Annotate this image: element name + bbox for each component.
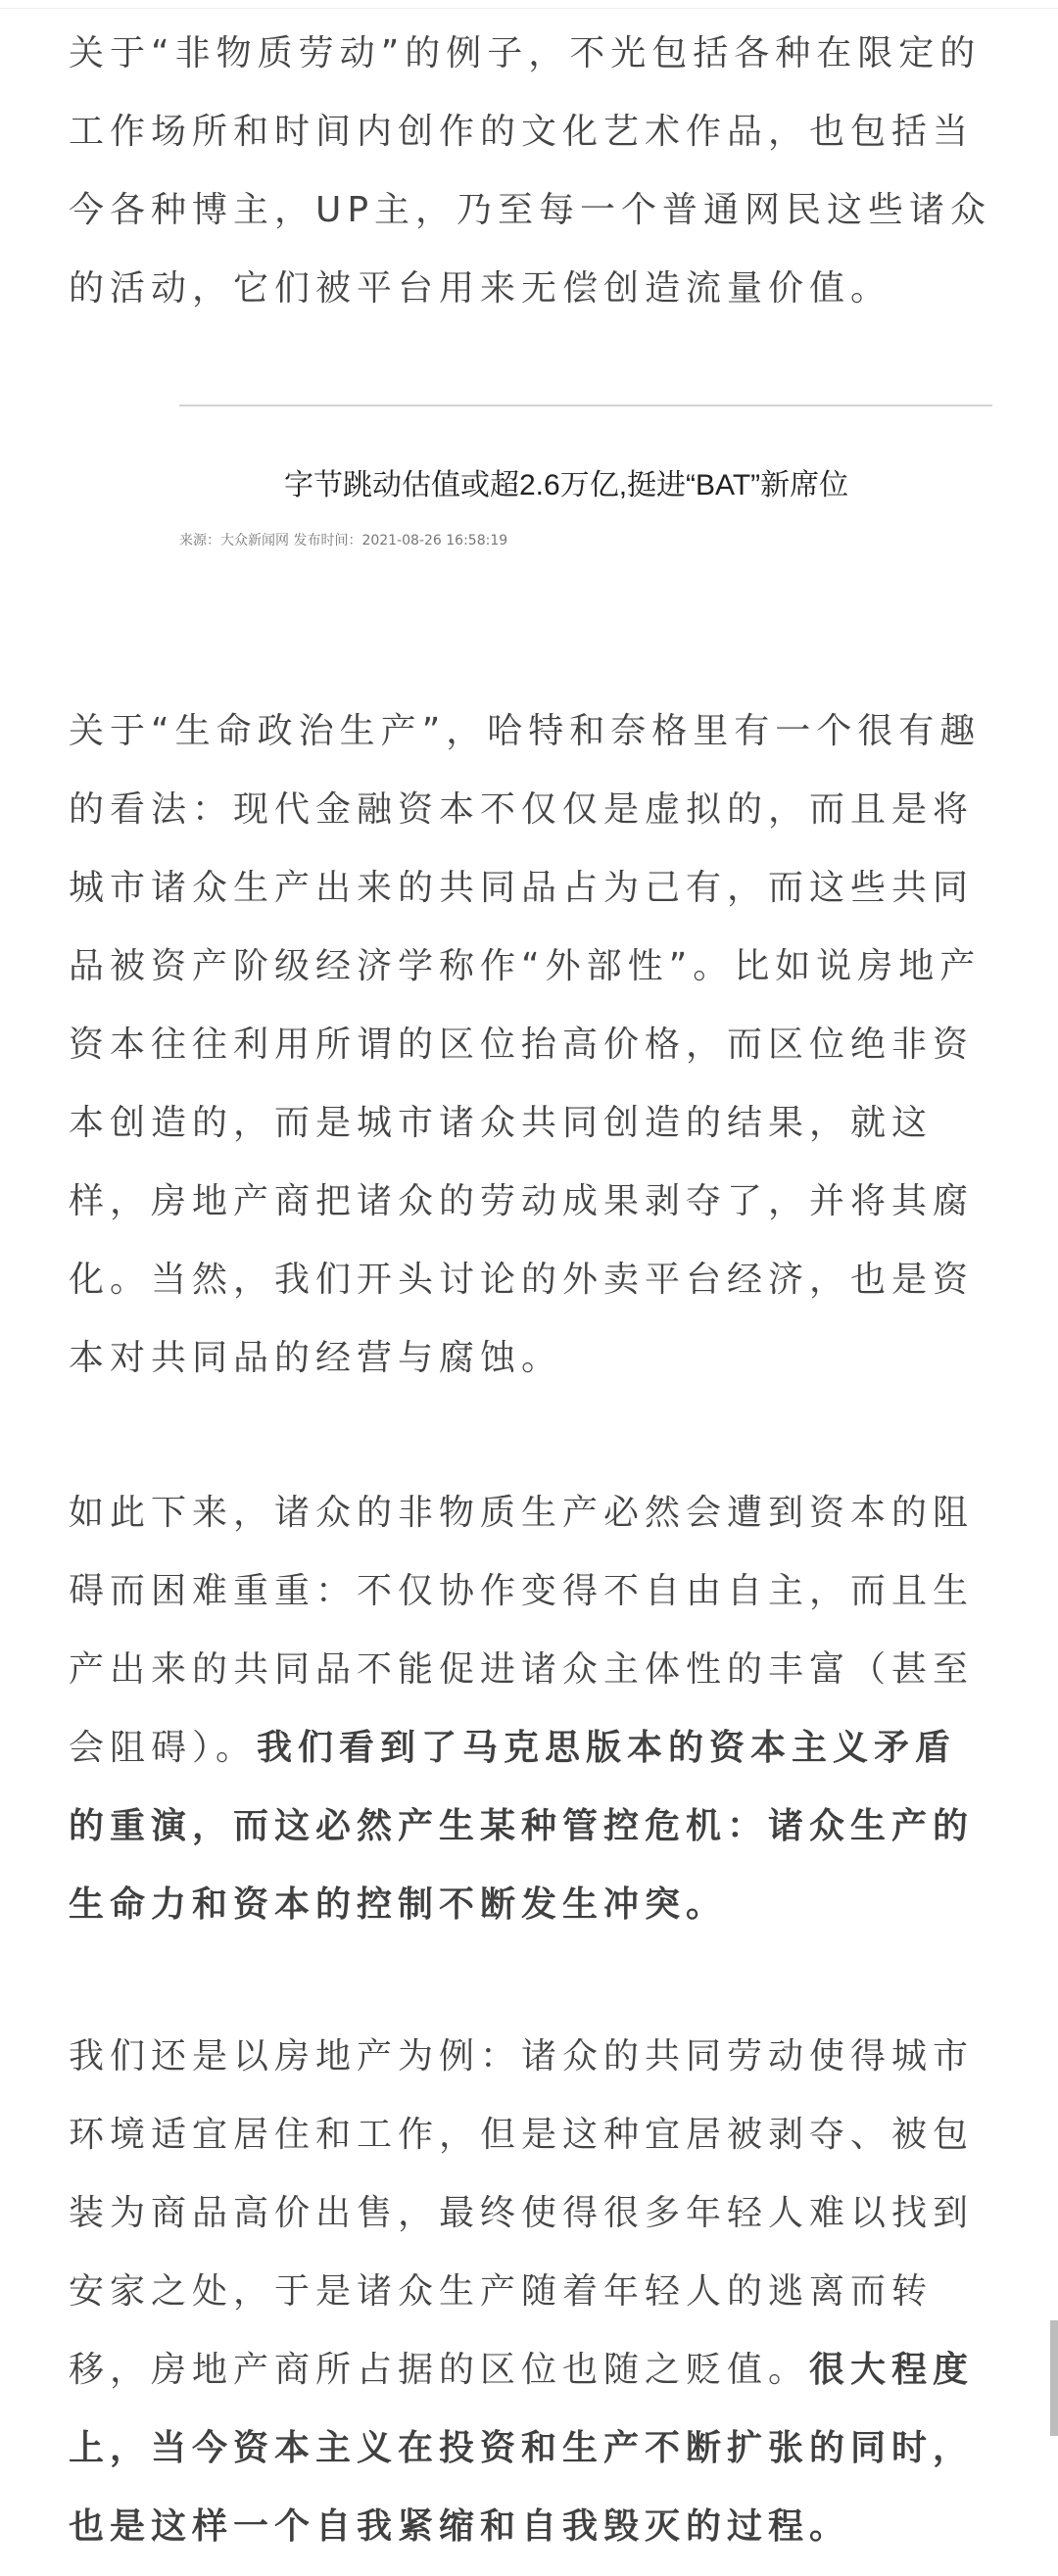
bold-text-segment: 生命力和资本的控制不断发生冲突。: [69, 1884, 727, 1925]
text-segment: 的活动，它们被平台用来无偿创造流量价值。: [69, 268, 891, 309]
text-segment: 工作场所和时间内创作的文化艺术作品，也包括当: [69, 112, 974, 152]
text-segment: 我们还是以房地产为例：诸众的共同劳动使得城市: [69, 2036, 974, 2076]
text-line: 本对共同品的经营与腐蚀。: [69, 1319, 994, 1398]
text-line: 化。当然，我们开头讨论的外卖平台经济，也是资: [69, 1241, 994, 1319]
text-line: 资本往往利用所谓的区位抬高价格，而区位绝非资: [69, 1006, 994, 1084]
text-line: 的活动，它们被平台用来无偿创造流量价值。: [69, 250, 994, 328]
text-segment: 环境适宜居住和工作，但是这种宜居被剥夺、被包: [69, 2115, 974, 2155]
text-segment: 产出来的共同品不能促进诸众主体性的丰富（甚至: [69, 1649, 974, 1690]
text-line: 如此下来，诸众的非物质生产必然会遭到资本的阻: [69, 1474, 994, 1552]
text-segment: 的看法：现代金融资本不仅仅是虚拟的，而且是将: [69, 789, 974, 830]
scrollbar-thumb[interactable]: [1050, 2320, 1058, 2436]
text-segment: 本对共同品的经营与腐蚀。: [69, 1338, 562, 1378]
bold-text-segment: 很大程度: [809, 2350, 974, 2390]
paragraph-1: 关于“非物质劳动”的例子，不光包括各种在限定的工作场所和时间内创作的文化艺术作品…: [69, 15, 994, 328]
text-segment: 品被资产阶级经济学称作“外部性”。比如说房地产: [69, 946, 981, 986]
bold-text-segment: 的重演，而这必然产生某种管控危机：诸众生产的: [69, 1806, 974, 1846]
text-segment: 城市诸众生产出来的共同品占为己有，而这些共同: [69, 868, 974, 908]
text-line: 装为商品高价出售，最终使得很多年轻人难以找到: [69, 2174, 994, 2253]
text-line: 关于“生命政治生产”，哈特和奈格里有一个很有趣: [69, 692, 994, 771]
text-line: 安家之处，于是诸众生产随着年轻人的逃离而转: [69, 2253, 994, 2331]
text-line: 城市诸众生产出来的共同品占为己有，而这些共同: [69, 849, 994, 928]
text-segment: 会阻碍）。: [69, 1728, 257, 1768]
paragraph-3: 如此下来，诸众的非物质生产必然会遭到资本的阻碍而困难重重：不仅协作变得不自由自主…: [69, 1474, 994, 1944]
text-segment: 本创造的，而是城市诸众共同创造的结果，就这: [69, 1103, 933, 1143]
card-headline[interactable]: 字节跳动估值或超2.6万亿,挺进“BAT”新席位: [284, 469, 848, 502]
bold-text-segment: 也是这样一个自我紧缩和自我毁灭的过程。: [69, 2506, 850, 2547]
text-segment: 关于“生命政治生产”，哈特和奈格里有一个很有趣: [69, 711, 981, 751]
text-line: 产出来的共同品不能促进诸众主体性的丰富（甚至: [69, 1631, 994, 1709]
text-line: 碍而困难重重：不仅协作变得不自由自主，而且生: [69, 1552, 994, 1631]
text-segment: 安家之处，于是诸众生产随着年轻人的逃离而转: [69, 2271, 933, 2312]
text-line: 我们还是以房地产为例：诸众的共同劳动使得城市: [69, 2018, 994, 2096]
text-line: 工作场所和时间内创作的文化艺术作品，也包括当: [69, 93, 994, 171]
card-divider: [179, 405, 992, 406]
bold-text-segment: 上，当今资本主义在投资和生产不断扩张的同时，: [69, 2428, 974, 2468]
paragraph-4: 我们还是以房地产为例：诸众的共同劳动使得城市环境适宜居住和工作，但是这种宜居被剥…: [69, 2018, 994, 2566]
text-line: 关于“非物质劳动”的例子，不光包括各种在限定的: [69, 15, 994, 93]
text-segment: 装为商品高价出售，最终使得很多年轻人难以找到: [69, 2193, 974, 2233]
text-segment: 资本往往利用所谓的区位抬高价格，而区位绝非资: [69, 1025, 974, 1065]
text-line: 今各种博主，UP主，乃至每一个普通网民这些诸众: [69, 171, 994, 250]
text-segment: 碍而困难重重：不仅协作变得不自由自主，而且生: [69, 1571, 974, 1611]
text-line: 生命力和资本的控制不断发生冲突。: [69, 1866, 994, 1944]
text-segment: 化。当然，我们开头讨论的外卖平台经济，也是资: [69, 1260, 974, 1300]
text-line: 环境适宜居住和工作，但是这种宜居被剥夺、被包: [69, 2096, 994, 2174]
bold-text-segment: 我们看到了马克思版本的资本主义矛盾: [257, 1728, 956, 1768]
top-divider: [0, 8, 1058, 9]
embedded-news-card[interactable]: 字节跳动估值或超2.6万亿,挺进“BAT”新席位 来源：大众新闻网 发布时间：2…: [179, 405, 992, 561]
text-segment: 如此下来，诸众的非物质生产必然会遭到资本的阻: [69, 1493, 974, 1533]
text-line: 本创造的，而是城市诸众共同创造的结果，就这: [69, 1084, 994, 1163]
text-line: 的重演，而这必然产生某种管控危机：诸众生产的: [69, 1788, 994, 1866]
text-segment: 今各种博主，UP主，乃至每一个普通网民这些诸众: [69, 190, 991, 230]
text-segment: 样，房地产商把诸众的劳动成果剥夺了，并将其腐: [69, 1181, 974, 1221]
text-line: 上，当今资本主义在投资和生产不断扩张的同时，: [69, 2409, 994, 2488]
text-line: 样，房地产商把诸众的劳动成果剥夺了，并将其腐: [69, 1163, 994, 1241]
text-line: 会阻碍）。我们看到了马克思版本的资本主义矛盾: [69, 1709, 994, 1788]
text-line: 也是这样一个自我紧缩和自我毁灭的过程。: [69, 2488, 994, 2566]
card-source-meta: 来源：大众新闻网 发布时间：2021-08-26 16:58:19: [179, 532, 507, 549]
paragraph-2: 关于“生命政治生产”，哈特和奈格里有一个很有趣的看法：现代金融资本不仅仅是虚拟的…: [69, 692, 994, 1398]
text-line: 移，房地产商所占据的区位也随之贬值。很大程度: [69, 2331, 994, 2409]
text-line: 品被资产阶级经济学称作“外部性”。比如说房地产: [69, 928, 994, 1006]
text-segment: 移，房地产商所占据的区位也随之贬值。: [69, 2350, 809, 2390]
text-segment: 关于“非物质劳动”的例子，不光包括各种在限定的: [69, 33, 981, 73]
text-line: 的看法：现代金融资本不仅仅是虚拟的，而且是将: [69, 771, 994, 849]
